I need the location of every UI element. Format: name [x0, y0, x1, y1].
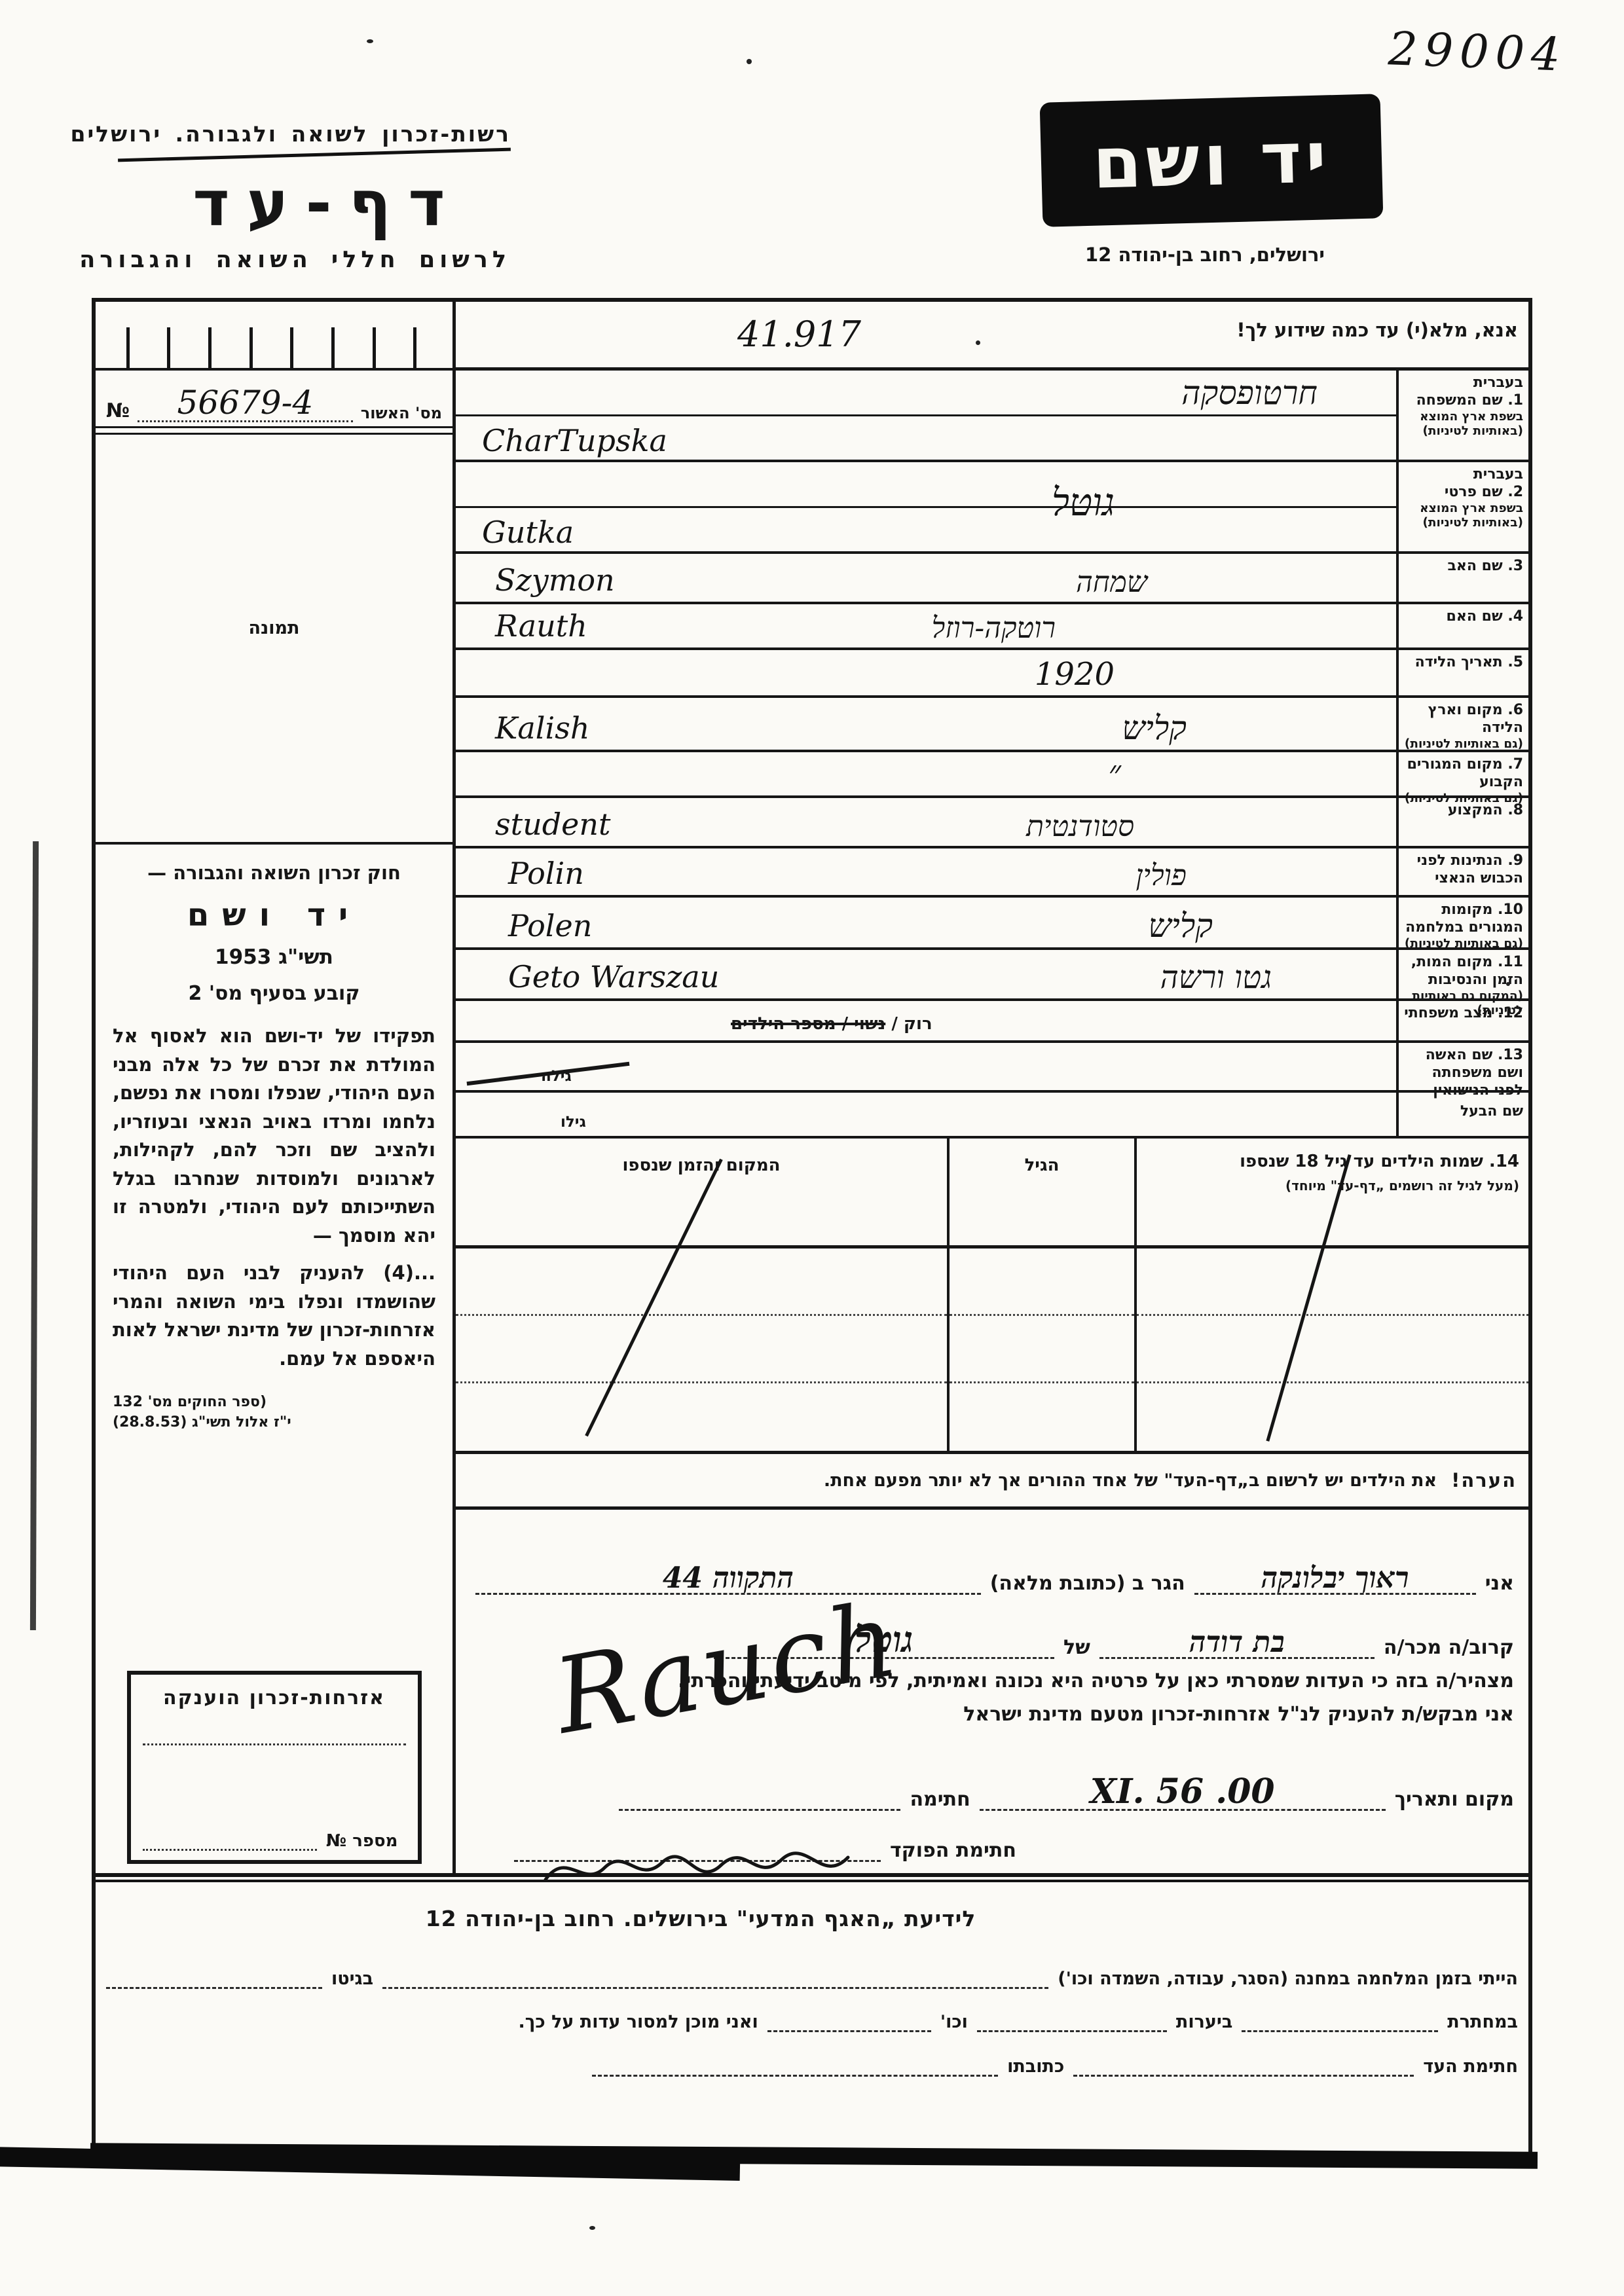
label-sub: בשפת ארץ המוצא (באותיות לטיניות) [1400, 501, 1523, 531]
children-names-header: 14. שמות הילדים עד גיל 18 שנספו (מעל לגי… [1137, 1139, 1528, 1248]
authority-underline [118, 148, 511, 162]
label-main: 9. הנתינות לפני הכבוש הנאצי [1417, 852, 1523, 886]
field-label: 10. מקומות המגורים במלחמה (גם באותיות לט… [1396, 898, 1528, 947]
field-wife-name: גילה 13. שם האשה ושם משפחתה לפני הנישואי… [456, 1043, 1528, 1093]
place-of-death-hebrew: גטו ורשה [1160, 959, 1272, 996]
field-permanent-residence: ״ 7. מקום המגורים הקבוע (גם באותיות לטינ… [456, 752, 1528, 798]
permanent-residence-entries: ״ [456, 752, 1396, 795]
children-age-header: הגיל [950, 1139, 1134, 1248]
label-main: 12. מצב משפחתי [1404, 1005, 1523, 1021]
witness-signature-row: חתימת העד כתובתו [96, 2048, 1528, 2077]
mother-name-entries: Rauth רוטקה-רוזל [456, 604, 1396, 647]
label-hebrew-script: בעברית [1473, 466, 1523, 483]
ghetto-blank [106, 1987, 322, 1989]
signature-blank [619, 1789, 900, 1811]
resident-label: הגר ב (כתובת מלאה) [990, 1572, 1185, 1595]
field-label: 12. מצב משפחתי [1396, 1001, 1528, 1040]
citizenship-hebrew: פולין [1135, 859, 1187, 892]
children-row [1137, 1248, 1528, 1316]
label-main: 10. מקומות המגורים במלחמה [1405, 902, 1523, 936]
husband-name-entries: גילו [456, 1093, 1396, 1136]
stamp-number-row: מספר № [143, 1829, 398, 1851]
certificate-number-row: № 56679-4 מס' האשור [96, 371, 452, 428]
profession-hebrew: סטודנטית [1026, 810, 1134, 843]
law-clause: ...(4) להעניק לבני העם היהודי שהושמדו ונ… [113, 1259, 435, 1373]
witness-address-handwritten: התקווה 44 [663, 1561, 794, 1595]
family-status-options: רוק / נשוי / מספר הילדים [731, 1014, 932, 1034]
stamp-dotted-line [143, 1743, 406, 1745]
ghetto-label: בגיטו [331, 1969, 373, 1989]
etc-blank [767, 2030, 931, 2032]
place-date-signature-row: מקום ותאריך 00. XI. 56 חתימה [475, 1748, 1514, 1811]
children-table: המקום והזמן שנספו הגיל [456, 1139, 1528, 1454]
logo-text: יד ושם [1092, 117, 1331, 204]
citizenship-latin: Polin [508, 856, 584, 891]
law-footnote-1: (ספר החוקים מס' 132 [113, 1394, 267, 1410]
field-family-status: רוק / נשוי / מספר הילדים 12. מצב משפחתי [456, 1001, 1528, 1043]
scan-noise [747, 59, 752, 64]
note-text: את הילדים יש לרשום ב„דף-העד" של אחד ההור… [824, 1470, 1437, 1491]
place-of-death-entries: Geto Warszau גטו ורשה [456, 950, 1396, 998]
official-signature-label: חתימת הפוקד [890, 1839, 1016, 1862]
field-profession: student סטודנטית 8. המקצוע [456, 798, 1528, 848]
field-first-name: גוטל Gutka בעברית 2. שם פרטי בשפת ארץ המ… [456, 462, 1528, 554]
label-sub: (גם באותיות לטיניות) [1400, 937, 1523, 952]
field-place-of-death: Geto Warszau גטו ורשה 11. מקום המות, הזמ… [456, 950, 1528, 1001]
fields-region: אנא, מלא(י) עד כמה שידוע לך! 41.917 חרטו… [456, 302, 1528, 1873]
law-text-block: חוק זכרון השואה והגבורה — יד ושם תשי"ג 1… [96, 842, 452, 1647]
underground-blank [1242, 2030, 1438, 2032]
field-family-name: חרטופסקה CharTupska בעברית 1. שם המשפחה … [456, 371, 1528, 462]
field-label: בעברית 1. שם המשפחה בשפת ארץ המוצא (באות… [1396, 371, 1528, 460]
status-struck-options: נשוי / מספר הילדים [731, 1014, 885, 1034]
daf-ed-scanned-form: 29004 רשות-זכרון לשואה ולגבורה. ירושלים … [0, 0, 1624, 2296]
citizenship-entries: Polin פולין [456, 848, 1396, 895]
field-label: 9. הנתינות לפני הכבוש הנאצי [1396, 848, 1528, 895]
first-name-latin: Gutka [482, 515, 574, 550]
children-row [950, 1316, 1134, 1383]
ditto-mark: ״ [1108, 754, 1121, 793]
entry-line: Gutka [456, 508, 1396, 554]
witness-sig-blank [1073, 2075, 1414, 2077]
form-box: № 56679-4 מס' האשור תמונה חוק זכרון השוא… [92, 298, 1532, 2160]
citizenship-stamp-box: אזרחות-זכרון הוענקה מספר № [127, 1671, 422, 1864]
tick-mark [331, 327, 335, 368]
field-label: 7. מקום המגורים הקבוע (גם באותיות לטיניו… [1396, 752, 1528, 795]
witness-address-label: כתובתו [1007, 2056, 1064, 2077]
law-footnote: (ספר החוקים מס' 132 י"ז אלול תשי"ג (28.8… [113, 1393, 435, 1433]
witness-declaration: אני ראוך יבלונקה הגר ב (כתובת מלאה) התקו… [456, 1510, 1528, 1873]
scan-noise [976, 340, 980, 345]
label-main: 4. שם האם [1447, 608, 1523, 625]
witness-sig-label: חתימת העד [1423, 2056, 1518, 2077]
certificate-number-value: 56679-4 [138, 386, 353, 422]
law-footnote-2: י"ז אלול תשי"ג (28.8.53) [113, 1414, 291, 1430]
label-sub: בשפת ארץ המוצא (באותיות לטיניות) [1400, 410, 1523, 439]
tick-mark [373, 327, 376, 368]
signature-label: חתימה [910, 1788, 970, 1811]
double-rule [96, 428, 452, 435]
stamp-number-label: מספר № [326, 1831, 398, 1851]
first-name-entries: גוטל Gutka [456, 462, 1396, 551]
label-main: 6. מקום וארץ הלידה [1428, 702, 1523, 736]
birth-date-entries: 1920 [456, 650, 1396, 695]
father-name-entries: Szymon שמחה [456, 554, 1396, 602]
stamp-title: אזרחות-זכרון הוענקה [131, 1686, 418, 1709]
children-row [950, 1383, 1134, 1451]
field-mother-name: Rauth רוטקה-רוזל 4. שם האם [456, 604, 1528, 650]
father-name-hebrew: שמחה [1076, 566, 1147, 599]
entry-line: גוטל [456, 462, 1396, 508]
place-of-death-latin: Geto Warszau [508, 959, 719, 994]
family-name-latin: CharTupska [482, 423, 667, 458]
first-name-hebrew: גוטל [1052, 480, 1115, 524]
tick-mark [290, 327, 293, 368]
place-time-header: המקום והזמן שנספו [622, 1156, 780, 1175]
his-age-label: גילו [561, 1114, 586, 1131]
field-husband-name: גילו שם הבעל [456, 1093, 1528, 1139]
scan-noise [1506, 982, 1510, 986]
birth-place-latin: Kalish [495, 710, 589, 746]
label-main: 7. מקום המגורים הקבוע [1407, 756, 1523, 790]
of-label: של [1063, 1636, 1090, 1659]
etc-label: וכו' [940, 2012, 968, 2032]
place-date-handwritten: 00. XI. 56 [1090, 1772, 1275, 1812]
witness-address-blank [592, 2075, 998, 2077]
profession-entries: student סטודנטית [456, 798, 1396, 846]
witness-name-blank: ראוך יבלונקה [1194, 1564, 1476, 1595]
wife-name-entries: גילה [456, 1043, 1396, 1090]
field-label: 5. תאריך הלידה [1396, 650, 1528, 695]
scan-edge-streak [30, 841, 39, 1630]
photo-area: תמונה [96, 435, 452, 842]
label-main: 13. שם האשה ושם משפחתה לפני הנישואין [1426, 1047, 1523, 1099]
field-label: 3. שם האב [1396, 554, 1528, 602]
scientific-branch-section: לידיעת „האגף המדעי" בירושלים. רחוב בן-יה… [96, 1873, 1528, 2160]
birth-date-value: 1920 [1035, 656, 1115, 693]
numero-symbol: № [106, 399, 130, 422]
children-note-row: הערה! את הילדים יש לרשום ב„דף-העד" של אח… [456, 1454, 1528, 1510]
entry-line: CharTupska [456, 416, 1396, 462]
witness-name-handwritten: ראוך יבלונקה [1261, 1561, 1409, 1595]
children-header-sub: (מעל לגיל זה רושמים „דף-עד" מיוחד) [1141, 1178, 1519, 1194]
label-main: 2. שם פרטי [1445, 484, 1523, 500]
section-heading: לידיעת „האגף המדעי" בירושלים. רחוב בן-יה… [96, 1906, 1528, 1931]
law-year: תשי"ג 1953 [113, 945, 435, 969]
family-name-entries: חרטופסקה CharTupska [456, 371, 1396, 460]
scan-noise [367, 39, 373, 43]
children-age-column: הגיל [947, 1139, 1137, 1451]
photo-label: תמונה [96, 618, 452, 638]
tick-mark [413, 327, 416, 368]
wartime-residence-entries: Polen קליש [456, 898, 1396, 947]
field-label: 8. המקצוע [1396, 798, 1528, 846]
stamp-number-line [143, 1829, 317, 1851]
children-row [950, 1248, 1134, 1316]
tally-marks [96, 302, 452, 371]
witness-address-blank: התקווה 44 [475, 1564, 981, 1595]
children-place-header: המקום והזמן שנספו [456, 1139, 947, 1248]
field-birth-place: Kalish קליש 6. מקום וארץ הלידה (גם באותי… [456, 698, 1528, 752]
field-label: 11. מקום המות, הזמן והנסיבות (המקום גם ב… [1396, 950, 1528, 998]
double-rule [96, 1873, 1528, 1882]
children-row [1137, 1383, 1528, 1451]
children-row [456, 1316, 947, 1383]
birth-place-entries: Kalish קליש [456, 698, 1396, 750]
form-subtitle: לרשום חללי השואה והגבורה [144, 247, 511, 273]
form-top-region: № 56679-4 מס' האשור תמונה חוק זכרון השוא… [96, 302, 1528, 1873]
children-row [456, 1383, 947, 1451]
underground-label: במחתרת [1447, 2012, 1518, 2032]
label-main: 5. תאריך הלידה [1415, 654, 1523, 670]
family-name-hebrew: חרטופסקה [1181, 374, 1318, 412]
scan-number: 29004 [1388, 22, 1568, 81]
label-main: 8. המקצוע [1448, 802, 1523, 818]
place-date-label: מקום ותאריך [1395, 1788, 1514, 1811]
mother-name-latin: Rauth [495, 608, 587, 644]
official-signature-blank [514, 1834, 881, 1862]
profession-latin: student [495, 807, 611, 842]
mother-name-hebrew: רוטקה-רוזל [932, 611, 1056, 645]
field-label: 6. מקום וארץ הלידה (גם באותיות לטיניות) [1396, 698, 1528, 750]
entry-line: חרטופסקה [456, 371, 1396, 416]
field-birth-date: 1920 5. תאריך הלידה [456, 650, 1528, 698]
children-place-column: המקום והזמן שנספו [456, 1139, 947, 1451]
age-header: הגיל [1025, 1156, 1060, 1175]
scan-noise [589, 2226, 595, 2230]
file-number-handwritten: 41.917 [737, 314, 861, 355]
label-main: שם הבעל [1460, 1103, 1523, 1120]
children-header-main: 14. שמות הילדים עד גיל 18 שנספו [1141, 1152, 1519, 1171]
family-status-entries: רוק / נשוי / מספר הילדים [456, 1001, 1396, 1040]
relation-blank: בת דודה [1099, 1628, 1375, 1659]
wartime-residence-hebrew: קליש [1148, 907, 1213, 945]
label-main: 1. שם המשפחה [1416, 392, 1523, 409]
authority-name: רשות-זכרון לשואה ולגבורה. ירושלים [144, 121, 511, 147]
camp-ghetto-row: הייתי בזמן המלחמה במחנה (הסגר, עבודה, הש… [96, 1960, 1528, 1989]
field-citizenship: Polin פולין 9. הנתינות לפני הכבוש הנאצי [456, 848, 1528, 898]
yad-vashem-logo: יד ושם [1040, 94, 1384, 227]
fill-in-prompt-row: אנא, מלא(י) עד כמה שידוע לך! 41.917 [456, 302, 1528, 371]
field-label: שם הבעל [1396, 1093, 1528, 1136]
label-main: 3. שם האב [1447, 558, 1523, 574]
birth-place-hebrew: קליש [1122, 709, 1187, 747]
place-date-blank: 00. XI. 56 [980, 1775, 1386, 1811]
father-name-latin: Szymon [495, 562, 615, 598]
camp-label: הייתי בזמן המלחמה במחנה (הסגר, עבודה, הש… [1058, 1969, 1518, 1989]
note-label: הערה! [1451, 1469, 1517, 1491]
field-wartime-residence: Polen קליש 10. מקומות המגורים במלחמה (גם… [456, 898, 1528, 950]
children-row [456, 1248, 947, 1316]
relation-label: קרוב/ה מכר/ה [1384, 1636, 1514, 1659]
status-single: רוק / [891, 1014, 932, 1034]
field-label: 4. שם האם [1396, 604, 1528, 647]
children-row [1137, 1316, 1528, 1383]
declaration-identity-row: אני ראוך יבלונקה הגר ב (כתובת מלאה) התקו… [475, 1537, 1514, 1595]
tick-mark [167, 327, 170, 368]
logo-address: ירושלים, רחוב בן-יהודה 12 [1022, 244, 1388, 266]
certificate-number-label: מס' האשור [361, 404, 442, 422]
relation-handwritten: בת דודה [1189, 1626, 1285, 1659]
i-label: אני [1485, 1572, 1514, 1595]
left-column: № 56679-4 מס' האשור תמונה חוק זכרון השוא… [96, 302, 456, 1873]
field-label: בעברית 2. שם פרטי בשפת ארץ המוצא (באותיו… [1396, 462, 1528, 551]
header-left: רשות-זכרון לשואה ולגבורה. ירושלים דף-עד … [144, 121, 511, 273]
form-title: דף-עד [144, 167, 511, 240]
forests-blank [977, 2030, 1167, 2032]
tick-mark [249, 327, 253, 368]
ready-to-testify: ואני מוכן למסור עדות על כך. [519, 2012, 758, 2032]
official-signature-row: חתימת הפוקד [475, 1813, 1514, 1862]
law-body: תפקידו של יד-ושם הוא לאסוף אל המולדת את … [113, 1022, 435, 1250]
camp-blank [382, 1987, 1048, 1989]
forests-label: ביערות [1176, 2012, 1232, 2032]
law-heading: חוק זכרון השואה והגבורה — [113, 862, 435, 884]
law-section: קובע בסעיף מס' 2 [113, 982, 435, 1005]
tick-mark [208, 327, 212, 368]
wartime-residence-latin: Polen [508, 908, 592, 943]
field-father-name: Szymon שמחה 3. שם האב [456, 554, 1528, 604]
fill-in-prompt: אנא, מלא(י) עד כמה שידוע לך! [1236, 319, 1518, 341]
law-yad-vashem: יד ושם [113, 897, 435, 934]
underground-forests-row: במחתרת ביערות וכו' ואני מוכן למסור עדות … [96, 2003, 1528, 2032]
field-label: 13. שם האשה ושם משפחתה לפני הנישואין [1396, 1043, 1528, 1090]
label-hebrew-script: בעברית [1473, 374, 1523, 391]
children-names-column: 14. שמות הילדים עד גיל 18 שנספו (מעל לגי… [1137, 1139, 1528, 1451]
tick-mark [126, 327, 130, 368]
label-sub: (גם באותיות לטיניות) [1400, 737, 1523, 752]
